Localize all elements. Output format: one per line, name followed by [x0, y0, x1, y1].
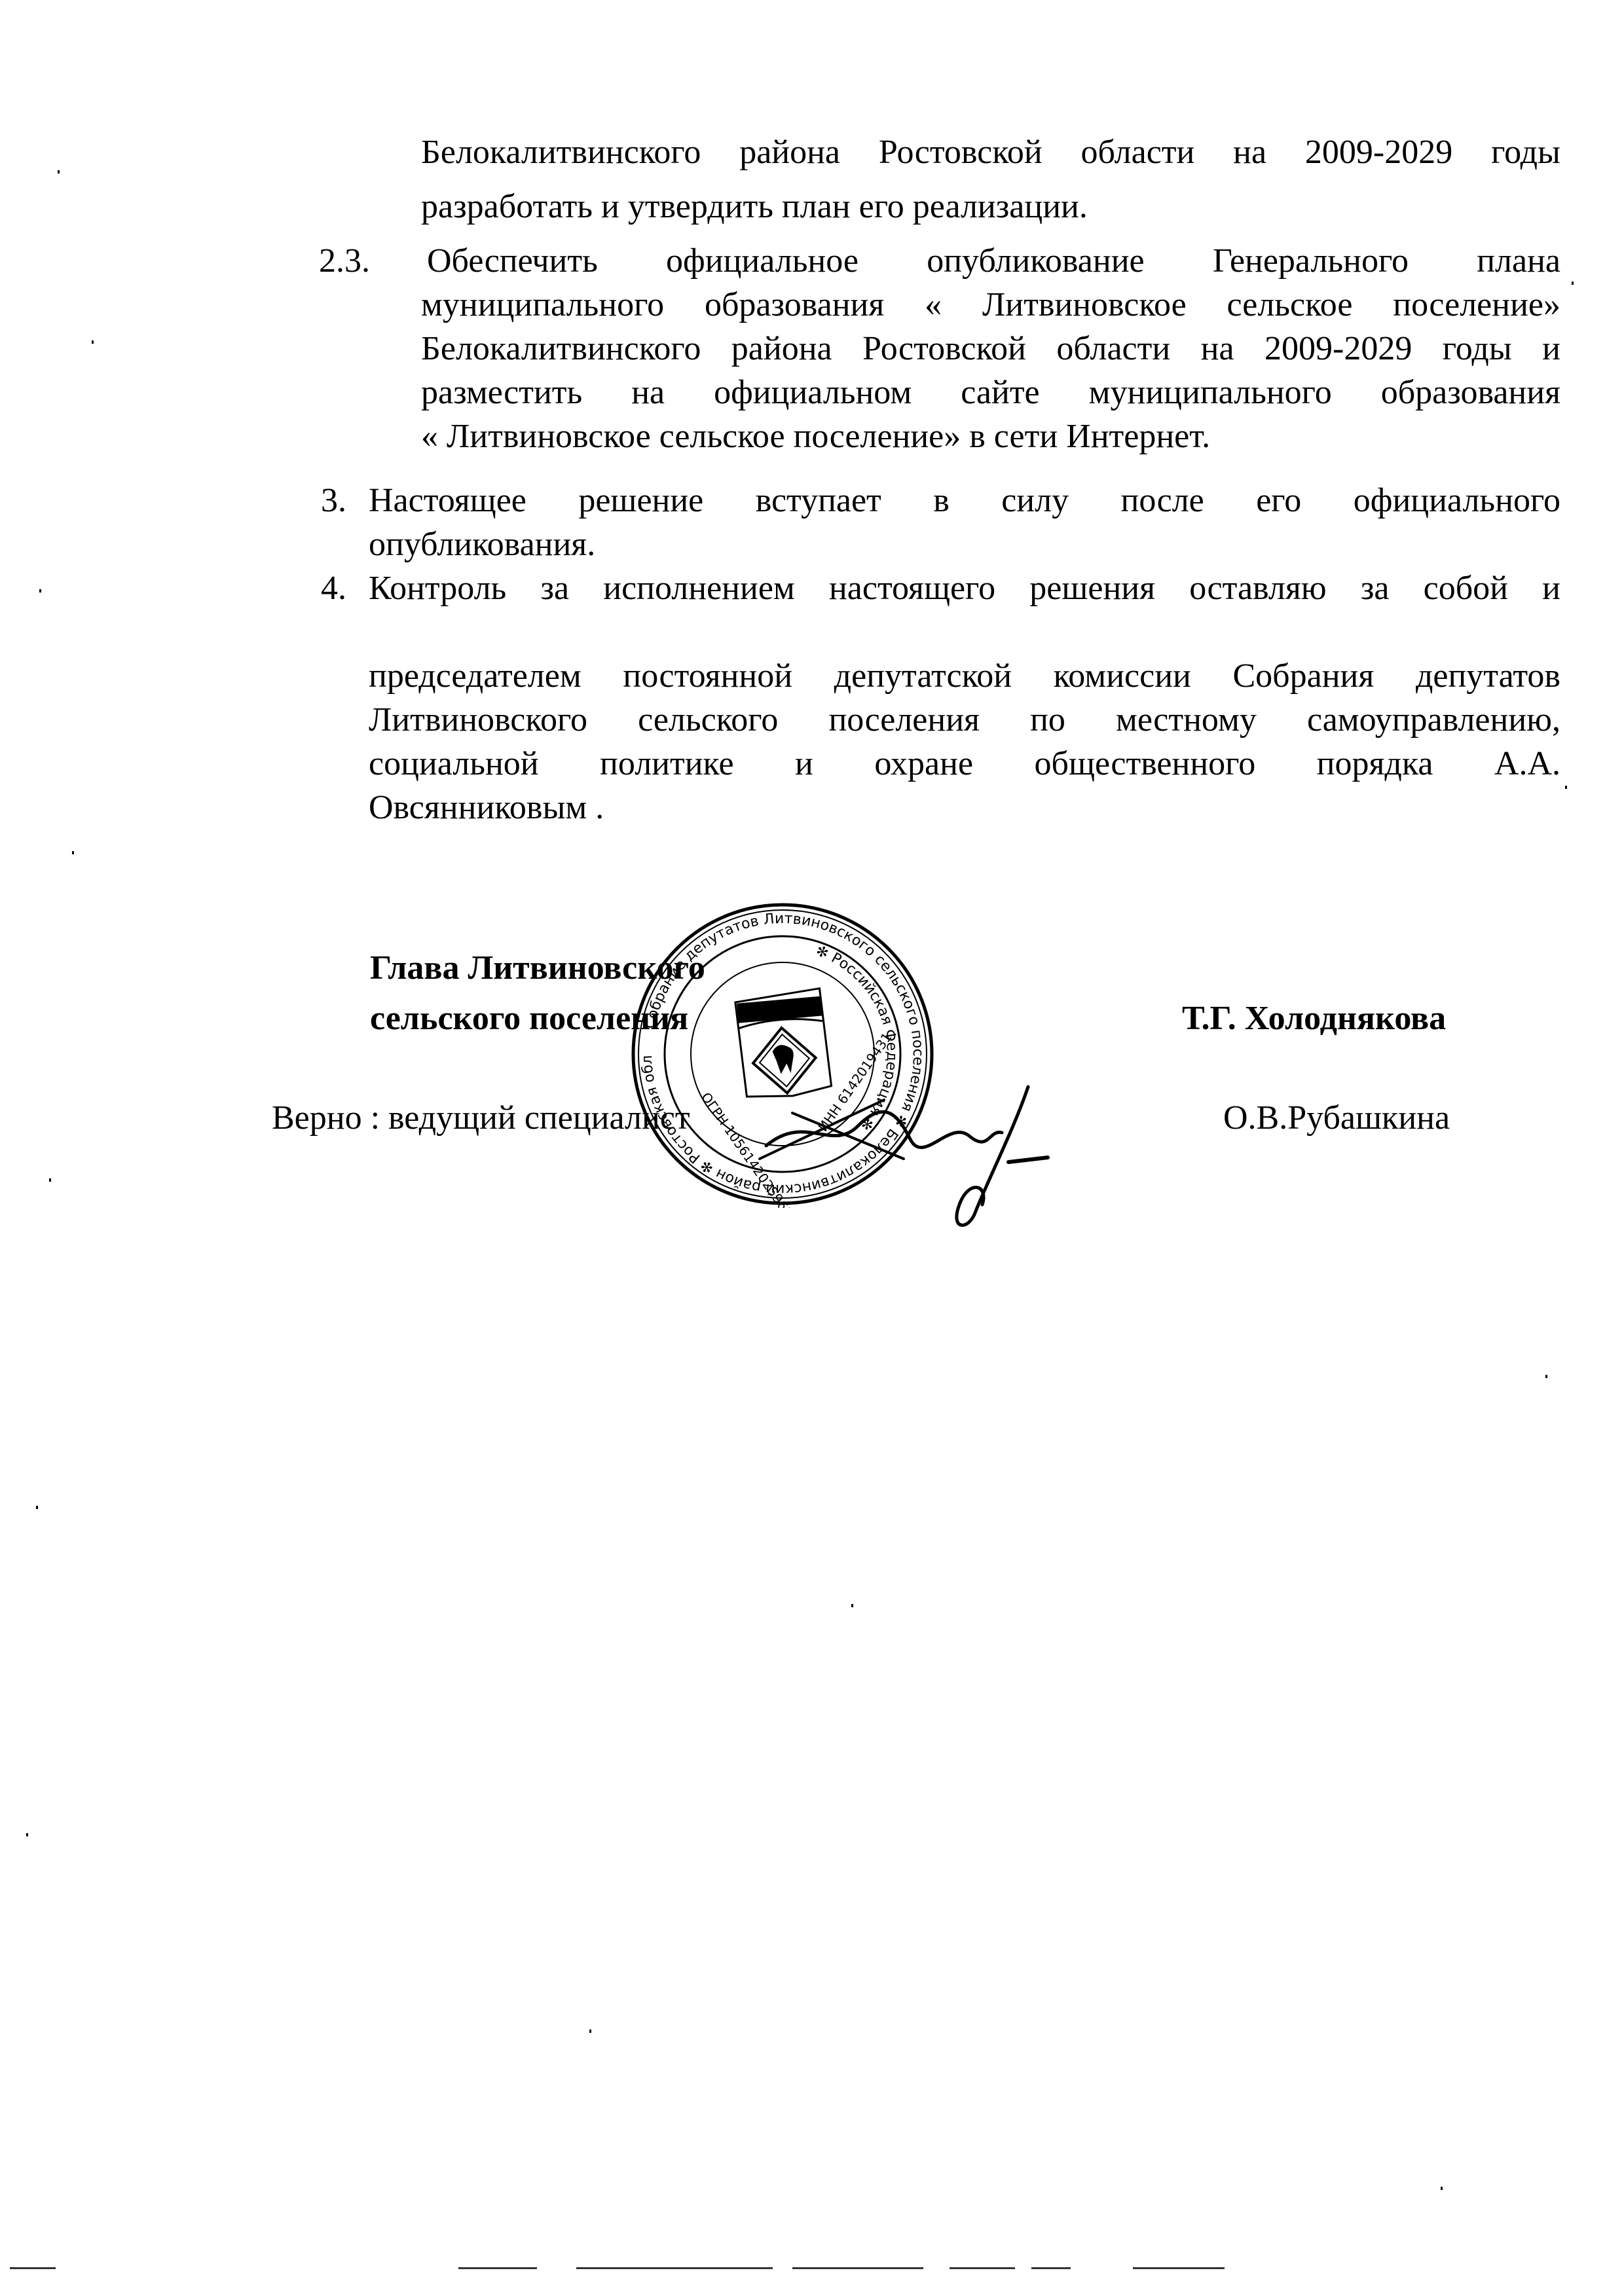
- item-number-2-3: 2.3.: [319, 240, 370, 283]
- scan-speck: [72, 851, 74, 854]
- certified-label: Верно : ведущий специалист: [272, 1097, 690, 1140]
- scan-speck: [1572, 282, 1574, 285]
- scan-edge-artifact: [10, 2267, 56, 2269]
- certified-name: О.В.Рубашкина: [1223, 1097, 1450, 1140]
- scan-speck: [851, 1604, 853, 1607]
- scan-edge-artifact: [458, 2267, 537, 2269]
- signatory-name: Т.Г. Холоднякова: [1182, 997, 1446, 1040]
- item-4-line-1: Контроль за исполнением настоящего решен…: [369, 567, 1560, 610]
- scan-edge-artifact: [576, 2267, 773, 2269]
- item-2-3-line-2: муниципального образования « Литвиновско…: [421, 283, 1560, 327]
- scan-speck: [1545, 1375, 1547, 1378]
- scan-speck: [49, 1178, 51, 1182]
- scan-speck: [26, 1833, 28, 1836]
- continuation-line-2: разработать и утвердить план его реализа…: [421, 185, 1560, 228]
- item-number-4: 4.: [321, 567, 346, 610]
- item-3-line-1: Настоящее решение вступает в силу после …: [369, 479, 1560, 522]
- scan-edge-artifact: [1031, 2267, 1071, 2269]
- scan-speck: [92, 340, 94, 344]
- scan-speck: [1441, 2187, 1443, 2190]
- scan-edge-artifact: [1133, 2267, 1225, 2269]
- item-4-line-5: Овсянниковым .: [369, 786, 1560, 829]
- scan-speck: [39, 589, 41, 592]
- scan-speck: [1565, 786, 1567, 789]
- item-number-3: 3.: [321, 479, 346, 522]
- scan-edge-artifact: [950, 2267, 1015, 2269]
- item-2-3-line-5: « Литвиновское сельское поселение» в сет…: [421, 415, 1560, 458]
- scan-speck: [58, 170, 60, 173]
- item-2-3-line-4: разместить на официальном сайте муниципа…: [421, 371, 1560, 414]
- item-2-3-line-1: Обеспечить официальное опубликование Ген…: [427, 240, 1560, 283]
- item-4-line-4: социальной политике и охране общественно…: [369, 742, 1560, 786]
- item-4-line-3: Литвиновского сельского поселения по мес…: [369, 699, 1560, 742]
- document-page: Белокалитвинского района Ростовской обла…: [0, 0, 1624, 2296]
- scan-speck: [589, 2030, 591, 2033]
- scan-edge-artifact: [792, 2267, 923, 2269]
- handwritten-signature-icon: [753, 1074, 1080, 1237]
- item-3-line-2: опубликования.: [369, 523, 1560, 566]
- item-4-line-2: председателем постоянной депутатской ком…: [369, 655, 1560, 698]
- item-2-3-line-3: Белокалитвинского района Ростовской обла…: [421, 327, 1560, 371]
- scan-speck: [36, 1506, 38, 1509]
- continuation-line-1: Белокалитвинского района Ростовской обла…: [421, 131, 1560, 174]
